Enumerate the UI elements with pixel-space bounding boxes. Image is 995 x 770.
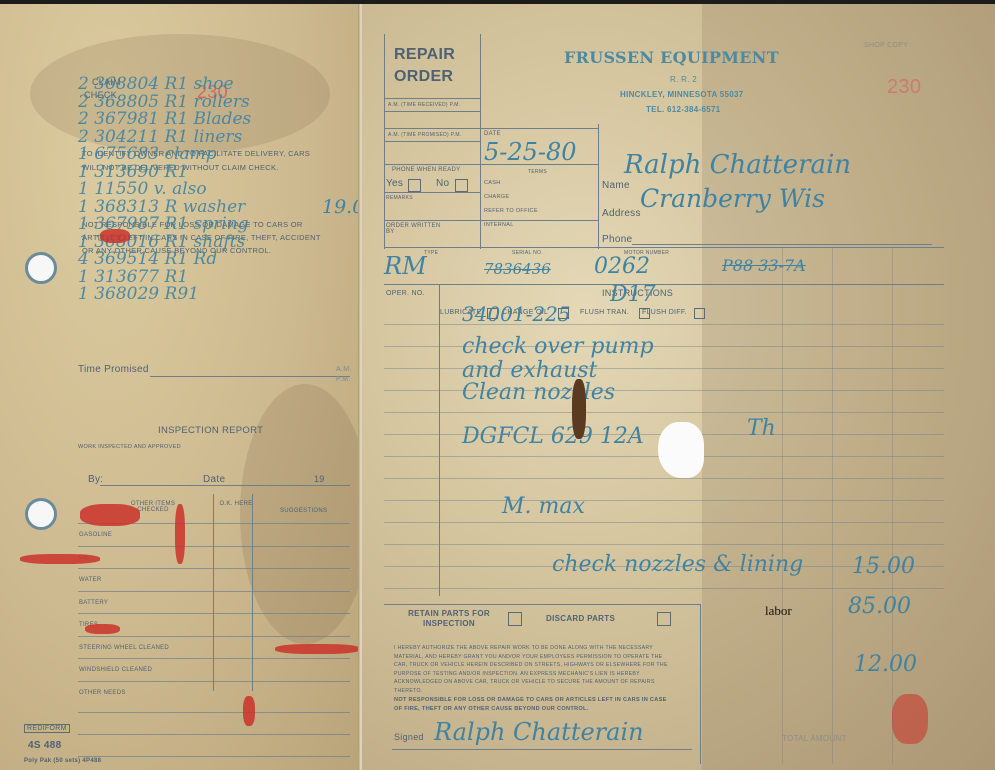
- inspection-row-label: BATTERY: [79, 600, 108, 606]
- discard-parts-label: DISCARD PARTS: [546, 614, 615, 623]
- ruled-line: [384, 324, 944, 325]
- ruled-line: [384, 390, 944, 391]
- company-tel: TEL. 612-384-6571: [646, 105, 720, 114]
- type-value: RM: [384, 252, 427, 280]
- torn-hole: [658, 422, 704, 478]
- ruled-line: [384, 544, 944, 545]
- serial-value: 7836436: [484, 260, 551, 278]
- date-label: DATE: [484, 131, 501, 137]
- inspection-row-label: STEERING WHEEL CLEANED: [79, 645, 169, 651]
- grid-line: [78, 568, 350, 569]
- inspection-title: INSPECTION REPORT: [158, 425, 263, 436]
- instruction-line: Clean nozzles: [462, 380, 615, 405]
- inspection-subtitle: WORK INSPECTED AND APPROVED: [78, 444, 181, 450]
- pm-label: P.M.: [336, 376, 351, 383]
- ruled-line: [892, 248, 893, 764]
- instruction-line: 34001-225: [462, 302, 571, 326]
- phone-ready-label: PHONE WHEN READY: [392, 167, 460, 173]
- red-stain: [85, 624, 120, 634]
- grid-line: [384, 98, 480, 99]
- grid-line: [78, 658, 350, 659]
- title-line-1: REPAIR: [394, 44, 455, 66]
- grid-line: [439, 284, 440, 596]
- grid-line: [78, 681, 350, 682]
- ruled-line: [782, 248, 783, 764]
- grid-line: [78, 712, 350, 713]
- yes-checkbox[interactable]: [408, 179, 421, 192]
- grid-line: [78, 613, 350, 614]
- grid-line: [700, 604, 701, 764]
- terms-option[interactable]: CASH: [484, 180, 544, 187]
- instruction-line: check nozzles & lining: [552, 552, 803, 577]
- am-label: A.M.: [336, 366, 352, 373]
- line-amount: 15.00: [852, 554, 915, 579]
- grid-line: [480, 34, 481, 249]
- grid-line: [384, 284, 944, 285]
- signed-label: Signed: [394, 732, 424, 742]
- retain-parts-checkbox[interactable]: [508, 612, 522, 626]
- shop-copy: SHOP COPY: [864, 42, 908, 49]
- ruled-line: [384, 500, 944, 501]
- red-stain: [275, 644, 360, 654]
- not-responsible-text: NOT RESPONSIBLE FOR LOSS OR DAMAGE TO CA…: [394, 696, 674, 714]
- service-option-label: FLUSH DIFF.: [642, 309, 687, 316]
- grid-line: [78, 636, 350, 637]
- terms-option[interactable]: CHARGE: [484, 194, 544, 201]
- ruled-line: [384, 588, 944, 589]
- grid-line: [384, 111, 480, 112]
- form-pack: Poly Pak (50 sets) 4P488: [24, 758, 101, 764]
- red-stain: [175, 504, 185, 564]
- terms-option[interactable]: REFER TO OFFICE: [484, 208, 544, 215]
- grid-line: [78, 591, 350, 592]
- crossed-number: P88 33-7A: [722, 256, 806, 275]
- remarks-label: REMARKS: [386, 195, 413, 201]
- terms-label: TERMS: [528, 169, 547, 175]
- ruled-line: [832, 248, 833, 764]
- name-label: Name: [602, 180, 630, 191]
- no-checkbox[interactable]: [455, 179, 468, 192]
- total-amount-label: TOTAL AMOUNT: [782, 734, 847, 743]
- col-suggestions: SUGGESTIONS: [280, 508, 327, 514]
- punch-hole-top: [25, 252, 57, 284]
- parts-list-item: 1 368029 R91: [78, 284, 199, 304]
- claim-check-panel: CLAIM CHECK 230 TO IDENTIFY OWNER AND TO…: [0, 4, 362, 770]
- ruled-line: [384, 346, 944, 347]
- company-addr2: HINCKLEY, MINNESOTA 55037: [620, 90, 744, 99]
- inspection-row-label: GASOLINE: [79, 532, 112, 538]
- no-label: No: [436, 178, 449, 189]
- signature: Ralph Chatterain: [434, 718, 644, 746]
- authorization-text: I HEREBY AUTHORIZE THE ABOVE REPAIR WORK…: [394, 644, 674, 696]
- red-stain: [243, 696, 255, 726]
- year-prefix: 19: [314, 474, 325, 484]
- inspection-row-label: WATER: [79, 577, 102, 583]
- ruled-line: [384, 522, 944, 523]
- serial-label: SERIAL NO.: [512, 250, 543, 256]
- address-label: Address: [602, 208, 641, 219]
- address-value: Cranberry Wis: [640, 184, 825, 213]
- labor-typed: labor: [765, 603, 792, 619]
- grid-line: [384, 192, 480, 193]
- red-stain: [80, 504, 140, 526]
- time-promised-label: Time Promised: [78, 364, 149, 375]
- grid-line: [384, 141, 480, 142]
- grid-line: [384, 604, 700, 605]
- service-option-label: FLUSH TRAN.: [580, 309, 629, 316]
- service-option-checkbox[interactable]: [694, 308, 705, 319]
- oper-label: OPER. NO.: [386, 290, 425, 297]
- date-value: 5-25-80: [484, 138, 577, 166]
- motor-value: 0262: [594, 254, 650, 279]
- grid-line: [384, 220, 598, 221]
- punch-hole-bottom: [25, 498, 57, 530]
- company-name: FRUSSEN EQUIPMENT: [564, 48, 779, 67]
- labor-amount: 85.00: [848, 594, 911, 619]
- scanned-repair-order: CLAIM CHECK 230 TO IDENTIFY OWNER AND TO…: [0, 4, 995, 770]
- instruction-line: M. max: [502, 494, 585, 519]
- by-label: By:: [88, 474, 103, 485]
- gas-oil-amount: 12.00: [854, 652, 917, 677]
- time-promised-line: [150, 376, 350, 377]
- grid-line: [78, 734, 350, 735]
- time-promised-label: A.M. (TIME PROMISED) P.M.: [388, 132, 462, 138]
- company-addr1: R. R. 2: [670, 75, 697, 84]
- order-written-label: ORDER WRITTEN BY: [386, 223, 446, 235]
- form-number: 4S 488: [28, 740, 62, 751]
- inspection-row-label: WINDSHIELD CLEANED: [79, 667, 152, 673]
- grid-line: [598, 124, 599, 249]
- repair-order-panel: REPAIR ORDER FRUSSEN EQUIPMENT R. R. 2 H…: [362, 4, 995, 770]
- yes-label: Yes: [386, 178, 403, 189]
- phone-label: Phone: [602, 234, 632, 245]
- instruction-line: Th: [747, 416, 776, 441]
- title-line-2: ORDER: [394, 66, 455, 88]
- name-value: Ralph Chatterain: [624, 150, 851, 180]
- rust-stain: [572, 379, 586, 439]
- grid-line: [78, 546, 350, 547]
- phone-line: [632, 244, 932, 245]
- ro-ticket-number: 230: [887, 76, 921, 99]
- ruled-line: [384, 478, 944, 479]
- ruled-line: [384, 412, 944, 413]
- ruled-line: [384, 368, 944, 369]
- terms-option[interactable]: INTERNAL: [484, 222, 544, 229]
- red-stain: [100, 229, 130, 243]
- discard-parts-checkbox[interactable]: [657, 612, 671, 626]
- time-received-label: A.M. (TIME RECEIVED) P.M.: [388, 102, 460, 108]
- date-label: Date: [203, 474, 225, 485]
- inspection-row-label: OTHER NEEDS: [79, 690, 126, 696]
- grid-line: [78, 756, 350, 757]
- form-brand: REDIFORM: [24, 724, 70, 733]
- grid-line: [384, 128, 598, 129]
- signature-line: [392, 749, 692, 750]
- red-stain: [20, 554, 100, 564]
- instruction-line: DGFCL 629 12A: [462, 424, 644, 449]
- retain-parts-label: RETAIN PARTS FOR INSPECTION: [394, 609, 504, 629]
- red-stain: [892, 694, 928, 744]
- by-date-line: [100, 485, 350, 486]
- grid-line: [384, 247, 944, 248]
- instruction-line: D17: [610, 282, 656, 307]
- repair-order-title: REPAIR ORDER: [394, 44, 455, 88]
- col-ok-here: O.K. HERE: [216, 501, 256, 507]
